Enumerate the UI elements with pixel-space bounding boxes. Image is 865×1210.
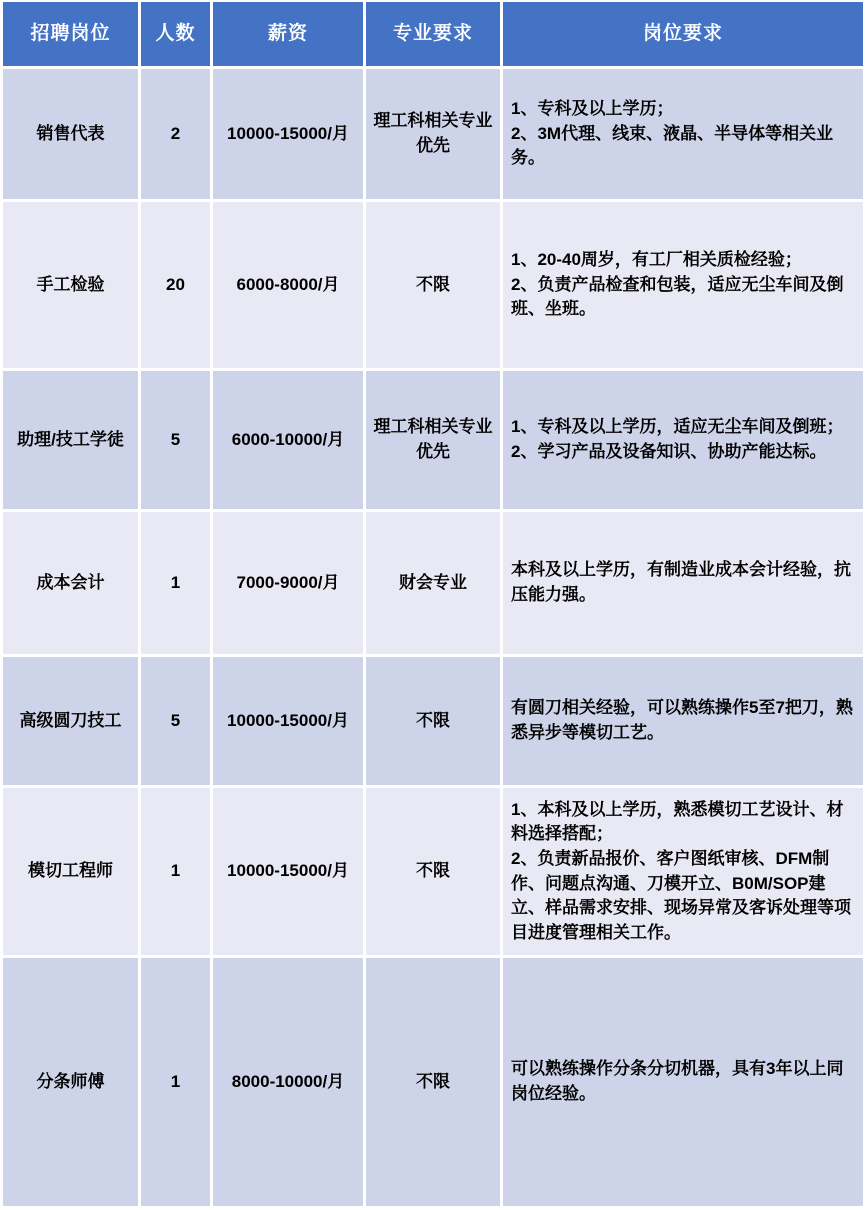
major-requirement-label: 不限 [416,859,450,884]
table-row: 手工检验 20 6000-8000/月 不限 1、20-40周岁，有工厂相关质检… [3,202,863,368]
major-requirement-label: 财会专业 [399,571,467,596]
cell-count: 2 [141,69,210,199]
cell-major: 理工科相关专业优先 [366,371,500,509]
cell-position: 助理/技工学徒 [3,371,138,509]
cell-major: 不限 [366,202,500,368]
job-requirements-text: 有圆刀相关经验，可以熟练操作5至7把刀，熟悉异步等模切工艺。 [511,696,857,745]
count-value: 5 [171,428,180,453]
table-body: 销售代表 2 10000-15000/月 理工科相关专业优先 1、专科及以上学历… [3,69,863,1206]
cell-salary: 10000-15000/月 [213,788,363,955]
count-value: 2 [171,122,180,147]
major-requirement-label: 理工科相关专业优先 [370,109,496,158]
position-label: 高级圆刀技工 [20,709,122,734]
cell-salary: 10000-15000/月 [213,657,363,785]
cell-count: 5 [141,657,210,785]
cell-position: 成本会计 [3,512,138,654]
table-row: 销售代表 2 10000-15000/月 理工科相关专业优先 1、专科及以上学历… [3,69,863,199]
cell-salary: 8000-10000/月 [213,958,363,1206]
cell-major: 不限 [366,788,500,955]
header-cell-requirements: 岗位要求 [503,2,863,66]
cell-requirements: 有圆刀相关经验，可以熟练操作5至7把刀，熟悉异步等模切工艺。 [503,657,863,785]
count-value: 20 [166,273,185,298]
cell-requirements: 1、20-40周岁，有工厂相关质检经验； 2、负责产品检查和包装，适应无尘车间及… [503,202,863,368]
cell-major: 财会专业 [366,512,500,654]
header-cell-position: 招聘岗位 [3,2,138,66]
position-label: 分条师傅 [37,1070,105,1095]
major-requirement-label: 不限 [416,273,450,298]
major-requirement-label: 不限 [416,709,450,734]
cell-count: 1 [141,788,210,955]
position-label: 助理/技工学徒 [17,428,124,453]
table-row: 成本会计 1 7000-9000/月 财会专业 本科及以上学历，有制造业成本会计… [3,512,863,654]
salary-value: 6000-10000/月 [232,428,344,453]
salary-value: 7000-9000/月 [236,571,339,596]
cell-requirements: 1、专科及以上学历，适应无尘车间及倒班； 2、学习产品及设备知识、协助产能达标。 [503,371,863,509]
count-value: 1 [171,859,180,884]
cell-position: 手工检验 [3,202,138,368]
table-row: 高级圆刀技工 5 10000-15000/月 不限 有圆刀相关经验，可以熟练操作… [3,657,863,785]
position-label: 销售代表 [37,122,105,147]
cell-requirements: 本科及以上学历，有制造业成本会计经验，抗压能力强。 [503,512,863,654]
table-header-row: 招聘岗位 人数 薪资 专业要求 岗位要求 [3,2,863,66]
job-requirements-text: 1、20-40周岁，有工厂相关质检经验； 2、负责产品检查和包装，适应无尘车间及… [511,248,857,322]
cell-count: 1 [141,512,210,654]
salary-value: 10000-15000/月 [227,859,349,884]
cell-salary: 10000-15000/月 [213,69,363,199]
table-row: 分条师傅 1 8000-10000/月 不限 可以熟练操作分条分切机器，具有3年… [3,958,863,1206]
job-requirements-text: 1、专科及以上学历，适应无尘车间及倒班； 2、学习产品及设备知识、协助产能达标。 [511,415,843,464]
major-requirement-label: 理工科相关专业优先 [370,415,496,464]
cell-major: 理工科相关专业优先 [366,69,500,199]
header-cell-salary: 薪资 [213,2,363,66]
cell-position: 模切工程师 [3,788,138,955]
cell-position: 分条师傅 [3,958,138,1206]
cell-salary: 6000-10000/月 [213,371,363,509]
position-label: 成本会计 [37,571,105,596]
cell-salary: 7000-9000/月 [213,512,363,654]
table-row: 模切工程师 1 10000-15000/月 不限 1、本科及以上学历，熟悉模切工… [3,788,863,955]
cell-requirements: 可以熟练操作分条分切机器，具有3年以上同岗位经验。 [503,958,863,1206]
cell-salary: 6000-8000/月 [213,202,363,368]
cell-position: 销售代表 [3,69,138,199]
count-value: 5 [171,709,180,734]
major-requirement-label: 不限 [416,1070,450,1095]
salary-value: 10000-15000/月 [227,122,349,147]
salary-value: 10000-15000/月 [227,709,349,734]
job-requirements-text: 1、专科及以上学历； 2、3M代理、线束、液晶、半导体等相关业务。 [511,97,857,171]
count-value: 1 [171,1070,180,1095]
cell-major: 不限 [366,657,500,785]
position-label: 模切工程师 [28,859,113,884]
cell-requirements: 1、专科及以上学历； 2、3M代理、线束、液晶、半导体等相关业务。 [503,69,863,199]
job-requirements-text: 本科及以上学历，有制造业成本会计经验，抗压能力强。 [511,558,857,607]
job-requirements-text: 可以熟练操作分条分切机器，具有3年以上同岗位经验。 [511,1057,857,1106]
position-label: 手工检验 [37,273,105,298]
count-value: 1 [171,571,180,596]
cell-major: 不限 [366,958,500,1206]
job-requirements-text: 1、本科及以上学历，熟悉模切工艺设计、材料选择搭配； 2、负责新品报价、客户图纸… [511,798,857,946]
cell-count: 20 [141,202,210,368]
table-row: 助理/技工学徒 5 6000-10000/月 理工科相关专业优先 1、专科及以上… [3,371,863,509]
cell-count: 5 [141,371,210,509]
salary-value: 8000-10000/月 [232,1070,344,1095]
header-cell-major: 专业要求 [366,2,500,66]
cell-count: 1 [141,958,210,1206]
recruitment-table: 招聘岗位 人数 薪资 专业要求 岗位要求 销售代表 2 10000-15000/… [0,0,865,1210]
cell-requirements: 1、本科及以上学历，熟悉模切工艺设计、材料选择搭配； 2、负责新品报价、客户图纸… [503,788,863,955]
header-cell-count: 人数 [141,2,210,66]
cell-position: 高级圆刀技工 [3,657,138,785]
salary-value: 6000-8000/月 [236,273,339,298]
